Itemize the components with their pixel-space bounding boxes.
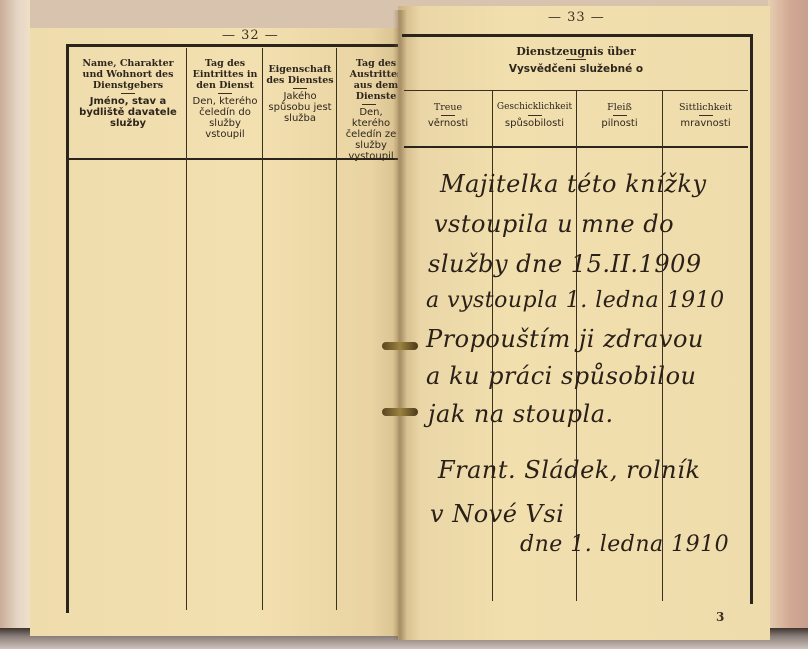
binding-stitch [382,408,418,416]
column-header-skill: Geschicklichkeit spůsobilosti [493,102,576,129]
handwritten-date: dne 1. ledna 1910 [520,532,729,557]
book-cover-left [0,0,30,649]
page-number-right: — 33 — [548,10,605,25]
column-header-employer: Name, Charakter und Wohnort des Dienstge… [72,58,184,129]
handwritten-line: a vystoupla 1. ledna 1910 [426,288,725,313]
separator-dash [699,115,713,116]
signature-mark: 3 [716,610,725,624]
handwritten-line: vstoupila u mne do [434,210,674,238]
column-header-exit-date: Tag des Austrittes aus dem Dienste Den, … [339,58,399,162]
handwritten-line: služby dne 15.II.1909 [428,250,702,278]
separator-dash [566,59,586,60]
column-header-diligence: Fleiß pilnosti [577,102,662,129]
separator-dash [121,93,135,94]
separator-dash [613,115,627,116]
binding-stitch [382,342,418,350]
column-divider [186,48,187,610]
column-header-loyalty: Treue věrnosti [404,102,492,129]
handwritten-signature: Frant. Sládek, rolník [438,456,700,484]
page-number-left: — 32 — [222,28,279,43]
column-header-entry-date: Tag des Eintrittes in den Dienst Den, kt… [190,58,260,140]
separator-dash [441,115,455,116]
handwritten-line: jak na stoupla. [428,400,614,428]
column-header-morality: Sittlichkeit mravnosti [663,102,748,129]
handwritten-line: a ku práci spůsobilou [426,362,696,390]
book-cover-right [768,0,808,649]
handwritten-line: Majitelka této knížky [440,170,707,198]
separator-dash [528,115,542,116]
separator-dash [293,88,307,89]
column-divider [262,48,263,610]
handwritten-line: Propouštím ji zdravou [426,325,704,353]
column-header-service-type: Eigenschaft des Dienstes Jakého spůsobu … [265,64,335,124]
separator-dash [362,104,376,105]
column-divider [336,48,337,610]
certificate-title: Dienstzeugnis über Vysvědčeni služebné o [404,46,748,75]
handwritten-place: v Nové Vsi [430,500,564,528]
separator-dash [218,93,232,94]
